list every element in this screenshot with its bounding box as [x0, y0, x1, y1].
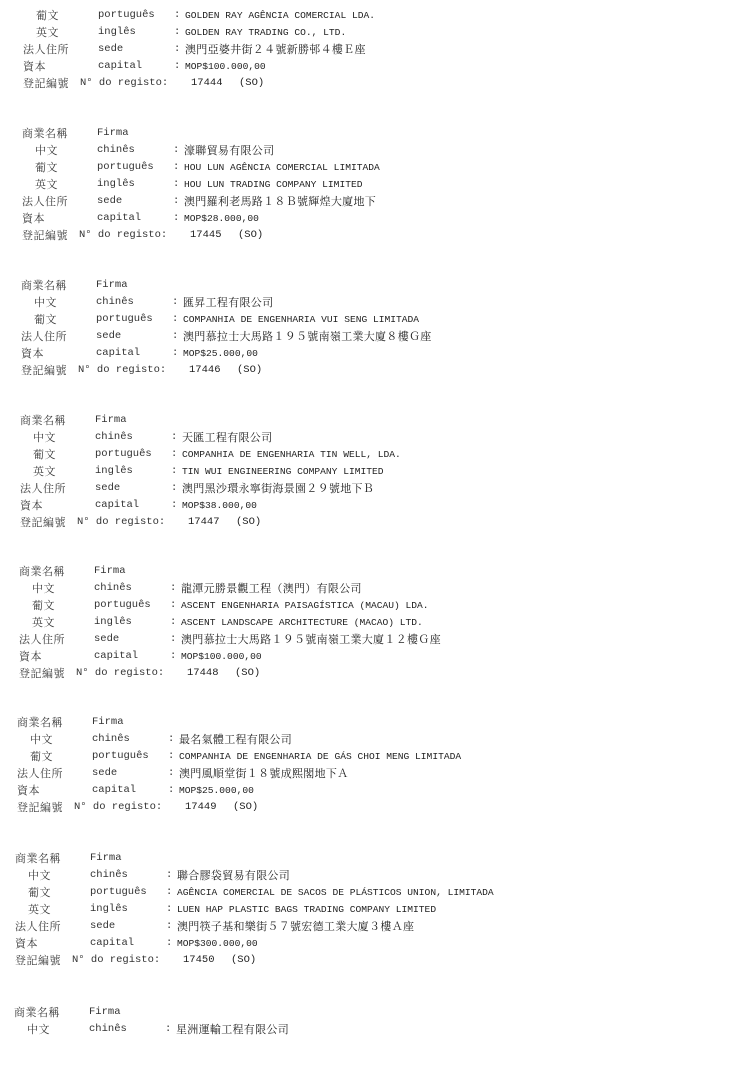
value-sede: 澳門慕拉士大馬路１９５號南嶺工業大廈８樓Ｇ座: [183, 328, 432, 345]
colon: :: [173, 210, 179, 227]
colon: :: [168, 782, 174, 799]
value-registo: 17446: [189, 362, 221, 379]
label-sede-pt: sede: [95, 480, 120, 497]
colon: :: [166, 867, 172, 884]
label-chines-zh: 中文: [30, 731, 53, 748]
colon: :: [173, 176, 179, 193]
colon: :: [172, 328, 178, 345]
label-registo-zh: 登記編號: [22, 227, 68, 244]
label-registo-pt: N° do registo:: [76, 665, 164, 682]
label-sede-zh: 法人住所: [21, 328, 67, 345]
label-sede-zh: 法人住所: [15, 918, 61, 935]
label-capital-pt: capital: [90, 935, 134, 952]
value-capital: MOP$28.000,00: [184, 210, 259, 227]
value-sede: 澳門亞婆井街２４號新勝邨４樓Ｅ座: [185, 41, 366, 58]
label-portugues-zh: 葡文: [35, 159, 58, 176]
label-capital-zh: 資本: [17, 782, 40, 799]
colon: :: [173, 159, 179, 176]
colon: :: [173, 142, 179, 159]
value-chines: 濠聯貿易有限公司: [184, 142, 274, 159]
label-chines-pt: chinês: [89, 1021, 127, 1038]
label-ingles-zh: 英文: [28, 901, 51, 918]
label-capital-zh: 資本: [22, 210, 45, 227]
label-chines-pt: chinês: [90, 867, 128, 884]
value-capital: MOP$38.000,00: [182, 497, 257, 514]
colon: :: [168, 748, 174, 765]
label-capital-pt: capital: [98, 58, 142, 75]
label-firma-zh: 商業名稱: [20, 412, 66, 429]
label-portugues-zh: 葡文: [32, 597, 55, 614]
label-ingles-pt: inglês: [97, 176, 135, 193]
value-sede: 澳門風順堂街１８號成熙閣地下Ａ: [179, 765, 349, 782]
label-sede-zh: 法人住所: [22, 193, 68, 210]
label-sede-pt: sede: [97, 193, 122, 210]
label-registo-zh: 登記編號: [19, 665, 65, 682]
value-ingles: ASCENT LANDSCAPE ARCHITECTURE (MACAO) LT…: [181, 614, 423, 631]
colon: :: [171, 463, 177, 480]
label-sede-zh: 法人住所: [19, 631, 65, 648]
value-registo: 17449: [185, 799, 217, 816]
label-sede-zh: 法人住所: [20, 480, 66, 497]
value-registo: 17444: [191, 75, 223, 92]
label-chines-pt: chinês: [95, 429, 133, 446]
value-tag: (SO): [239, 75, 264, 92]
colon: :: [171, 480, 177, 497]
label-portugues-pt: português: [95, 446, 152, 463]
label-capital-pt: capital: [95, 497, 139, 514]
colon: :: [170, 580, 176, 597]
label-capital-pt: capital: [97, 210, 141, 227]
label-registo-zh: 登記編號: [17, 799, 63, 816]
value-portugues: COMPANHIA DE ENGENHARIA VUI SENG LIMITAD…: [183, 311, 419, 328]
colon: :: [168, 731, 174, 748]
value-portugues: COMPANHIA DE ENGENHARIA TIN WELL, LDA.: [182, 446, 401, 463]
value-portugues: GOLDEN RAY AGÊNCIA COMERCIAL LDA.: [185, 7, 375, 24]
label-ingles-zh: 英文: [32, 614, 55, 631]
label-sede-pt: sede: [90, 918, 115, 935]
value-capital: MOP$100.000,00: [181, 648, 262, 665]
value-capital: MOP$300.000,00: [177, 935, 258, 952]
label-registo-zh: 登記編號: [15, 952, 61, 969]
label-sede-zh: 法人住所: [17, 765, 63, 782]
label-capital-pt: capital: [92, 782, 136, 799]
value-portugues: COMPANHIA DE ENGENHARIA DE GÁS CHOI MENG…: [179, 748, 461, 765]
value-ingles: HOU LUN TRADING COMPANY LIMITED: [184, 176, 362, 193]
colon: :: [170, 631, 176, 648]
label-capital-zh: 資本: [21, 345, 44, 362]
value-registo: 17448: [187, 665, 219, 682]
label-registo-pt: N° do registo:: [79, 227, 167, 244]
label-capital-zh: 資本: [23, 58, 46, 75]
label-registo-pt: N° do registo:: [77, 514, 165, 531]
label-registo-pt: N° do registo:: [74, 799, 162, 816]
label-ingles-pt: inglês: [98, 24, 136, 41]
value-registo: 17445: [190, 227, 222, 244]
label-firma-zh: 商業名稱: [15, 850, 61, 867]
label-chines-pt: chinês: [97, 142, 135, 159]
value-portugues: HOU LUN AGÊNCIA COMERCIAL LIMITADA: [184, 159, 380, 176]
value-chines: 聯合膠袋貿易有限公司: [177, 867, 290, 884]
label-firma-zh: 商業名稱: [14, 1004, 60, 1021]
label-chines-pt: chinês: [92, 731, 130, 748]
colon: :: [171, 446, 177, 463]
label-firma-pt: Firma: [89, 1004, 121, 1021]
colon: :: [166, 901, 172, 918]
colon: :: [165, 1021, 171, 1038]
value-tag: (SO): [237, 362, 262, 379]
label-chines-zh: 中文: [27, 1021, 50, 1038]
label-firma-pt: Firma: [96, 277, 128, 294]
value-chines: 天匯工程有限公司: [182, 429, 272, 446]
label-capital-zh: 資本: [19, 648, 42, 665]
label-firma-pt: Firma: [97, 125, 129, 142]
label-portugues-zh: 葡文: [30, 748, 53, 765]
value-tag: (SO): [231, 952, 256, 969]
colon: :: [174, 41, 180, 58]
label-portugues-pt: português: [98, 7, 155, 24]
colon: :: [170, 648, 176, 665]
value-chines: 最名氣體工程有限公司: [179, 731, 292, 748]
value-sede: 澳門慕拉士大馬路１９５號南嶺工業大廈１２樓Ｇ座: [181, 631, 441, 648]
colon: :: [170, 597, 176, 614]
label-firma-pt: Firma: [90, 850, 122, 867]
label-registo-zh: 登記編號: [21, 362, 67, 379]
value-portugues: AGÊNCIA COMERCIAL DE SACOS DE PLÁSTICOS …: [177, 884, 494, 901]
label-chines-zh: 中文: [32, 580, 55, 597]
value-tag: (SO): [238, 227, 263, 244]
label-registo-zh: 登記編號: [20, 514, 66, 531]
value-tag: (SO): [236, 514, 261, 531]
colon: :: [174, 24, 180, 41]
value-registo: 17450: [183, 952, 215, 969]
label-ingles-zh: 英文: [35, 176, 58, 193]
label-chines-zh: 中文: [35, 142, 58, 159]
colon: :: [168, 765, 174, 782]
value-capital: MOP$25.000,00: [179, 782, 254, 799]
value-chines: 龍潭元勝景觀工程（澳門）有限公司: [181, 580, 362, 597]
label-chines-pt: chinês: [96, 294, 134, 311]
label-portugues-pt: português: [94, 597, 151, 614]
label-firma-zh: 商業名稱: [22, 125, 68, 142]
label-capital-zh: 資本: [20, 497, 43, 514]
label-sede-pt: sede: [96, 328, 121, 345]
label-firma-zh: 商業名稱: [19, 563, 65, 580]
label-ingles-zh: 英文: [36, 24, 59, 41]
label-firma-zh: 商業名稱: [17, 714, 63, 731]
label-ingles-pt: inglês: [90, 901, 128, 918]
label-portugues-zh: 葡文: [36, 7, 59, 24]
value-tag: (SO): [235, 665, 260, 682]
label-registo-pt: N° do registo:: [80, 75, 168, 92]
colon: :: [171, 429, 177, 446]
colon: :: [166, 918, 172, 935]
label-capital-pt: capital: [94, 648, 138, 665]
label-portugues-pt: português: [90, 884, 147, 901]
value-tag: (SO): [233, 799, 258, 816]
value-sede: 澳門黑沙環永寧街海景園２９號地下Ｂ: [182, 480, 374, 497]
label-capital-pt: capital: [96, 345, 140, 362]
label-portugues-pt: português: [96, 311, 153, 328]
label-firma-pt: Firma: [95, 412, 127, 429]
value-ingles: TIN WUI ENGINEERING COMPANY LIMITED: [182, 463, 384, 480]
colon: :: [174, 58, 180, 75]
colon: :: [173, 193, 179, 210]
label-chines-zh: 中文: [34, 294, 57, 311]
label-capital-zh: 資本: [15, 935, 38, 952]
label-portugues-zh: 葡文: [28, 884, 51, 901]
colon: :: [166, 884, 172, 901]
label-chines-zh: 中文: [28, 867, 51, 884]
value-portugues: ASCENT ENGENHARIA PAISAGÍSTICA (MACAU) L…: [181, 597, 429, 614]
colon: :: [174, 7, 180, 24]
colon: :: [170, 614, 176, 631]
label-firma-zh: 商業名稱: [21, 277, 67, 294]
value-registo: 17447: [188, 514, 220, 531]
label-sede-zh: 法人住所: [23, 41, 69, 58]
label-chines-zh: 中文: [33, 429, 56, 446]
label-registo-zh: 登記編號: [23, 75, 69, 92]
label-registo-pt: N° do registo:: [72, 952, 160, 969]
value-sede: 澳門羅利老馬路１８Ｂ號輝煌大廈地下: [184, 193, 376, 210]
label-registo-pt: N° do registo:: [78, 362, 166, 379]
label-portugues-pt: português: [97, 159, 154, 176]
value-capital: MOP$100.000,00: [185, 58, 266, 75]
label-portugues-zh: 葡文: [33, 446, 56, 463]
label-ingles-pt: inglês: [94, 614, 132, 631]
label-portugues-pt: português: [92, 748, 149, 765]
colon: :: [172, 311, 178, 328]
label-firma-pt: Firma: [92, 714, 124, 731]
colon: :: [171, 497, 177, 514]
label-sede-pt: sede: [98, 41, 123, 58]
label-ingles-pt: inglês: [95, 463, 133, 480]
label-firma-pt: Firma: [94, 563, 126, 580]
value-chines: 匯昇工程有限公司: [183, 294, 273, 311]
colon: :: [166, 935, 172, 952]
colon: :: [172, 345, 178, 362]
label-ingles-zh: 英文: [33, 463, 56, 480]
label-portugues-zh: 葡文: [34, 311, 57, 328]
value-ingles: LUEN HAP PLASTIC BAGS TRADING COMPANY LI…: [177, 901, 436, 918]
label-sede-pt: sede: [92, 765, 117, 782]
label-chines-pt: chinês: [94, 580, 132, 597]
value-chines: 星洲運輸工程有限公司: [176, 1021, 289, 1038]
value-ingles: GOLDEN RAY TRADING CO., LTD.: [185, 24, 346, 41]
value-capital: MOP$25.000,00: [183, 345, 258, 362]
colon: :: [172, 294, 178, 311]
label-sede-pt: sede: [94, 631, 119, 648]
value-sede: 澳門筷子基和樂街５７號宏德工業大廈３樓Ａ座: [177, 918, 414, 935]
